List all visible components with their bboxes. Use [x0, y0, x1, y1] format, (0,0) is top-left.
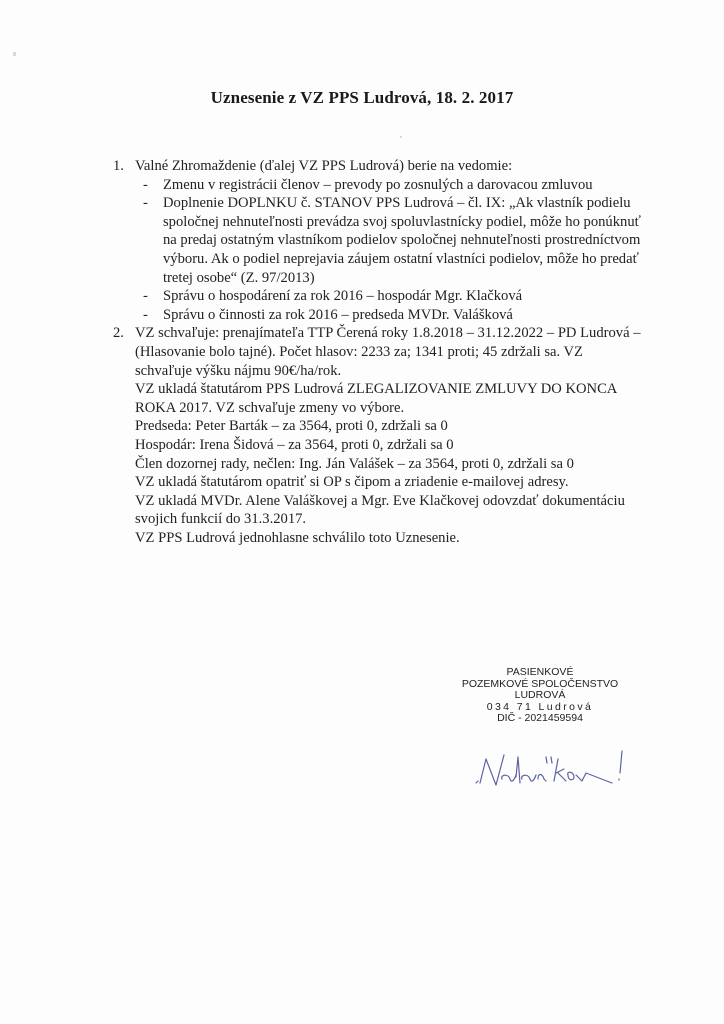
- item-2-line: VZ ukladá štatutárom PPS Ludrová ZLEGALI…: [113, 380, 703, 399]
- bullet: -Zmenu v registrácii členov – prevody po…: [113, 176, 703, 195]
- item-2-line: ROKA 2017. VZ schvaľuje zmeny vo výbore.: [113, 399, 703, 418]
- dash-marker: -: [135, 176, 163, 195]
- dash-marker: -: [135, 306, 163, 325]
- item-2-line: VZ PPS Ludrová jednohlasne schválilo tot…: [113, 529, 703, 548]
- bullet: -Správu o činnosti za rok 2016 – predsed…: [113, 306, 703, 325]
- dash-marker: -: [135, 287, 163, 306]
- item-2-line: Člen dozornej rady, nečlen: Ing. Ján Val…: [113, 455, 703, 474]
- item-1-lead: 1.Valné Zhromaždenie (ďalej VZ PPS Ludro…: [113, 157, 703, 176]
- scan-speck: [13, 52, 16, 56]
- item-2-line: schvaľuje výšku nájmu 90€/ha/rok.: [113, 362, 703, 381]
- bullet-continuation: spoločnej nehnuteľnosti prevádza svoj sp…: [113, 213, 703, 232]
- item-2-lead: 2.VZ schvaľuje: prenajímateľa TTP Čerená…: [113, 324, 703, 343]
- item-2-line: VZ ukladá štatutárom opatriť si OP s čip…: [113, 473, 703, 492]
- bullet: -Doplnenie DOPLNKU č. STANOV PPS Ludrová…: [113, 194, 703, 213]
- item-number: 2.: [113, 324, 135, 343]
- item-2-line: VZ ukladá MVDr. Alene Valáškovej a Mgr. …: [113, 492, 703, 511]
- bullet-continuation: na predaj ostatným vlastníkom podielov s…: [113, 231, 703, 250]
- scan-speck: [400, 136, 402, 138]
- stamp-line: DIČ - 2021459594: [440, 713, 640, 725]
- bullet: -Správu o hospodárení za rok 2016 – hosp…: [113, 287, 703, 306]
- organization-stamp: PASIENKOVÉ POZEMKOVÉ SPOLOČENSTVO LUDROV…: [440, 667, 640, 725]
- dash-marker: -: [135, 194, 163, 213]
- document-body: 1.Valné Zhromaždenie (ďalej VZ PPS Ludro…: [113, 157, 703, 547]
- document-title: Uznesenie z VZ PPS Ludrová, 18. 2. 2017: [0, 88, 724, 108]
- item-2-line: (Hlasovanie bolo tajné). Počet hlasov: 2…: [113, 343, 703, 362]
- item-number: 1.: [113, 157, 135, 176]
- item-2-line: svojich funkcií do 31.3.2017.: [113, 510, 703, 529]
- bullet-continuation: výboru. Ak o podiel neprejavia záujem os…: [113, 250, 703, 269]
- handwritten-signature: [472, 745, 652, 795]
- document-page: Uznesenie z VZ PPS Ludrová, 18. 2. 2017 …: [0, 0, 724, 1024]
- item-2-line: Predseda: Peter Barták – za 3564, proti …: [113, 417, 703, 436]
- item-2-line: Hospodár: Irena Šidová – za 3564, proti …: [113, 436, 703, 455]
- bullet-continuation: tretej osobe“ (Z. 97/2013): [113, 269, 703, 288]
- stamp-line: PASIENKOVÉ: [440, 667, 640, 679]
